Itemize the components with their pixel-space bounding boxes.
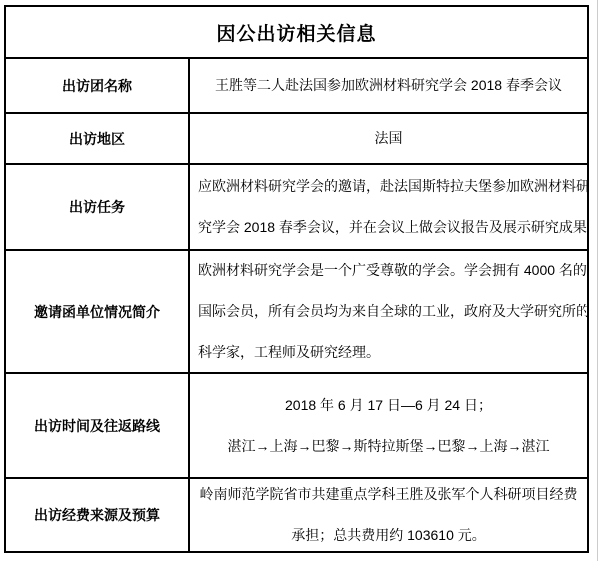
text-line: 法国 [198,118,579,159]
row-label: 出访任务 [6,165,190,249]
table-title: 因公出访相关信息 [216,19,376,46]
table-title-row: 因公出访相关信息 [6,7,587,57]
text-line: 国际会员，所有会员均为来自全球的工业，政府及大学研究所的 [198,291,579,332]
text-line: 承担；总共费用约 103610 元。 [198,515,579,551]
document-page: 因公出访相关信息 出访团名称 王胜等二人赴法国参加欧洲材料研究学会 2018 春… [0,0,600,561]
text-line: 欧洲材料研究学会是一个广受尊敬的学会。学会拥有 4000 名的 [198,251,579,291]
page-edge-line [597,0,598,561]
table-row-dates-and-route: 出访时间及往返路线 2018 年 6 月 17 日—6 月 24 日； 湛江→上… [6,372,587,477]
row-label: 出访地区 [6,114,190,163]
table-row-funding-and-budget: 出访经费来源及预算 岭南师范学院省市共建重点学科王胜及张军个人科研项目经费 承担… [6,477,587,551]
visit-info-table: 因公出访相关信息 出访团名称 王胜等二人赴法国参加欧洲材料研究学会 2018 春… [4,5,589,553]
text-line: 科学家，工程师及研究经理。 [198,332,579,372]
row-value-cell: 法国 [190,114,587,163]
row-value-cell: 欧洲材料研究学会是一个广受尊敬的学会。学会拥有 4000 名的 国际会员，所有会… [190,251,587,372]
row-label: 邀请函单位情况简介 [6,251,190,372]
table-row-mission: 出访任务 应欧洲材料研究学会的邀请，赴法国斯特拉夫堡参加欧洲材料研 究学会 20… [6,163,587,249]
table-row-inviting-org-profile: 邀请函单位情况简介 欧洲材料研究学会是一个广受尊敬的学会。学会拥有 4000 名… [6,249,587,372]
row-value-cell: 岭南师范学院省市共建重点学科王胜及张军个人科研项目经费 承担；总共费用约 103… [190,479,587,551]
text-line: 应欧洲材料研究学会的邀请，赴法国斯特拉夫堡参加欧洲材料研 [198,166,579,207]
text-line: 岭南师范学院省市共建重点学科王胜及张军个人科研项目经费 [198,479,579,515]
row-value-cell: 2018 年 6 月 17 日—6 月 24 日； 湛江→上海→巴黎→斯特拉斯堡… [190,374,587,477]
row-label: 出访时间及往返路线 [6,374,190,477]
row-label: 出访团名称 [6,59,190,112]
text-line: 2018 年 6 月 17 日—6 月 24 日； [198,385,579,426]
row-value-cell: 王胜等二人赴法国参加欧洲材料研究学会 2018 春季会议 [190,59,587,112]
row-label: 出访经费来源及预算 [6,479,190,551]
text-line: 究学会 2018 春季会议，并在会议上做会议报告及展示研究成果。 [198,207,579,248]
row-value-cell: 应欧洲材料研究学会的邀请，赴法国斯特拉夫堡参加欧洲材料研 究学会 2018 春季… [190,165,587,249]
table-row-delegation-name: 出访团名称 王胜等二人赴法国参加欧洲材料研究学会 2018 春季会议 [6,57,587,112]
table-row-destination: 出访地区 法国 [6,112,587,163]
text-line: 王胜等二人赴法国参加欧洲材料研究学会 2018 春季会议 [198,65,579,106]
text-line: 湛江→上海→巴黎→斯特拉斯堡→巴黎→上海→湛江 [198,426,579,467]
